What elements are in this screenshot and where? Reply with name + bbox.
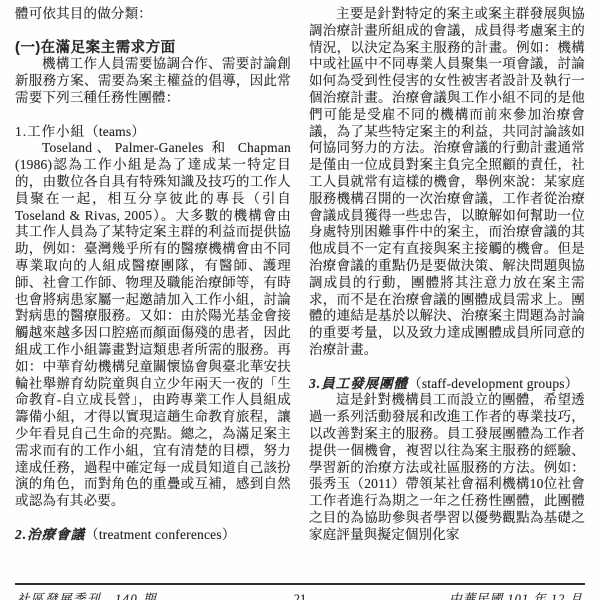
heading-teams: 1.工作小組（teams） xyxy=(15,124,291,141)
heading-staff-development: 3.員工發展團體（staff-development groups） xyxy=(309,376,585,393)
heading-teams-en: （teams） xyxy=(85,124,145,139)
heading-teams-zh: 1.工作小組 xyxy=(15,124,85,139)
footer-page-number: 21 xyxy=(294,592,307,600)
heading-treatment-zh: 2.治療會議 xyxy=(15,527,85,542)
heading-treatment-en: （treatment conferences） xyxy=(85,527,235,542)
footer-date: 中華民國 101 年 12 月 xyxy=(449,592,583,600)
heading-staff-en: （staff-development groups） xyxy=(408,376,578,391)
section-heading-client-needs: (一)在滿足案主需求方面 xyxy=(15,40,291,57)
document-page: 體可依其目的做分類： (一)在滿足案主需求方面 機構工作人員需要協調合作、需要討… xyxy=(0,0,600,600)
intro-paragraph: 機構工作人員需要協調合作、需要討論創新服務方案、需要為案主權益的倡導，因此常需要… xyxy=(15,56,291,106)
heading-staff-zh: 3.員工發展團體 xyxy=(309,376,408,391)
heading-treatment-conferences: 2.治療會議（treatment conferences） xyxy=(15,527,291,544)
right-column: 主要是針對特定的案主或案主群發展與協調治療計畫所組成的會議，成員得考慮案主的情況… xyxy=(309,6,585,544)
page-footer: 社區發展季刊 140 期 21 中華民國 101 年 12 月 xyxy=(15,583,585,592)
left-column: 體可依其目的做分類： (一)在滿足案主需求方面 機構工作人員需要協調合作、需要討… xyxy=(15,6,291,544)
treatment-paragraph: 主要是針對特定的案主或案主群發展與協調治療計畫所組成的會議，成員得考慮案主的情況… xyxy=(309,6,585,359)
text-columns: 體可依其目的做分類： (一)在滿足案主需求方面 機構工作人員需要協調合作、需要討… xyxy=(0,0,600,544)
continuation-paragraph: 體可依其目的做分類： xyxy=(15,6,291,23)
staff-development-paragraph: 這是針對機構員工而設立的團體，希望透過一系列活動發展和改進工作者的專業技巧，以改… xyxy=(309,392,585,543)
footer-journal-title: 社區發展季刊 140 期 xyxy=(17,592,157,600)
teams-paragraph: Toseland、Palmer-Ganeles 和 Chapman (1986)… xyxy=(15,140,291,510)
